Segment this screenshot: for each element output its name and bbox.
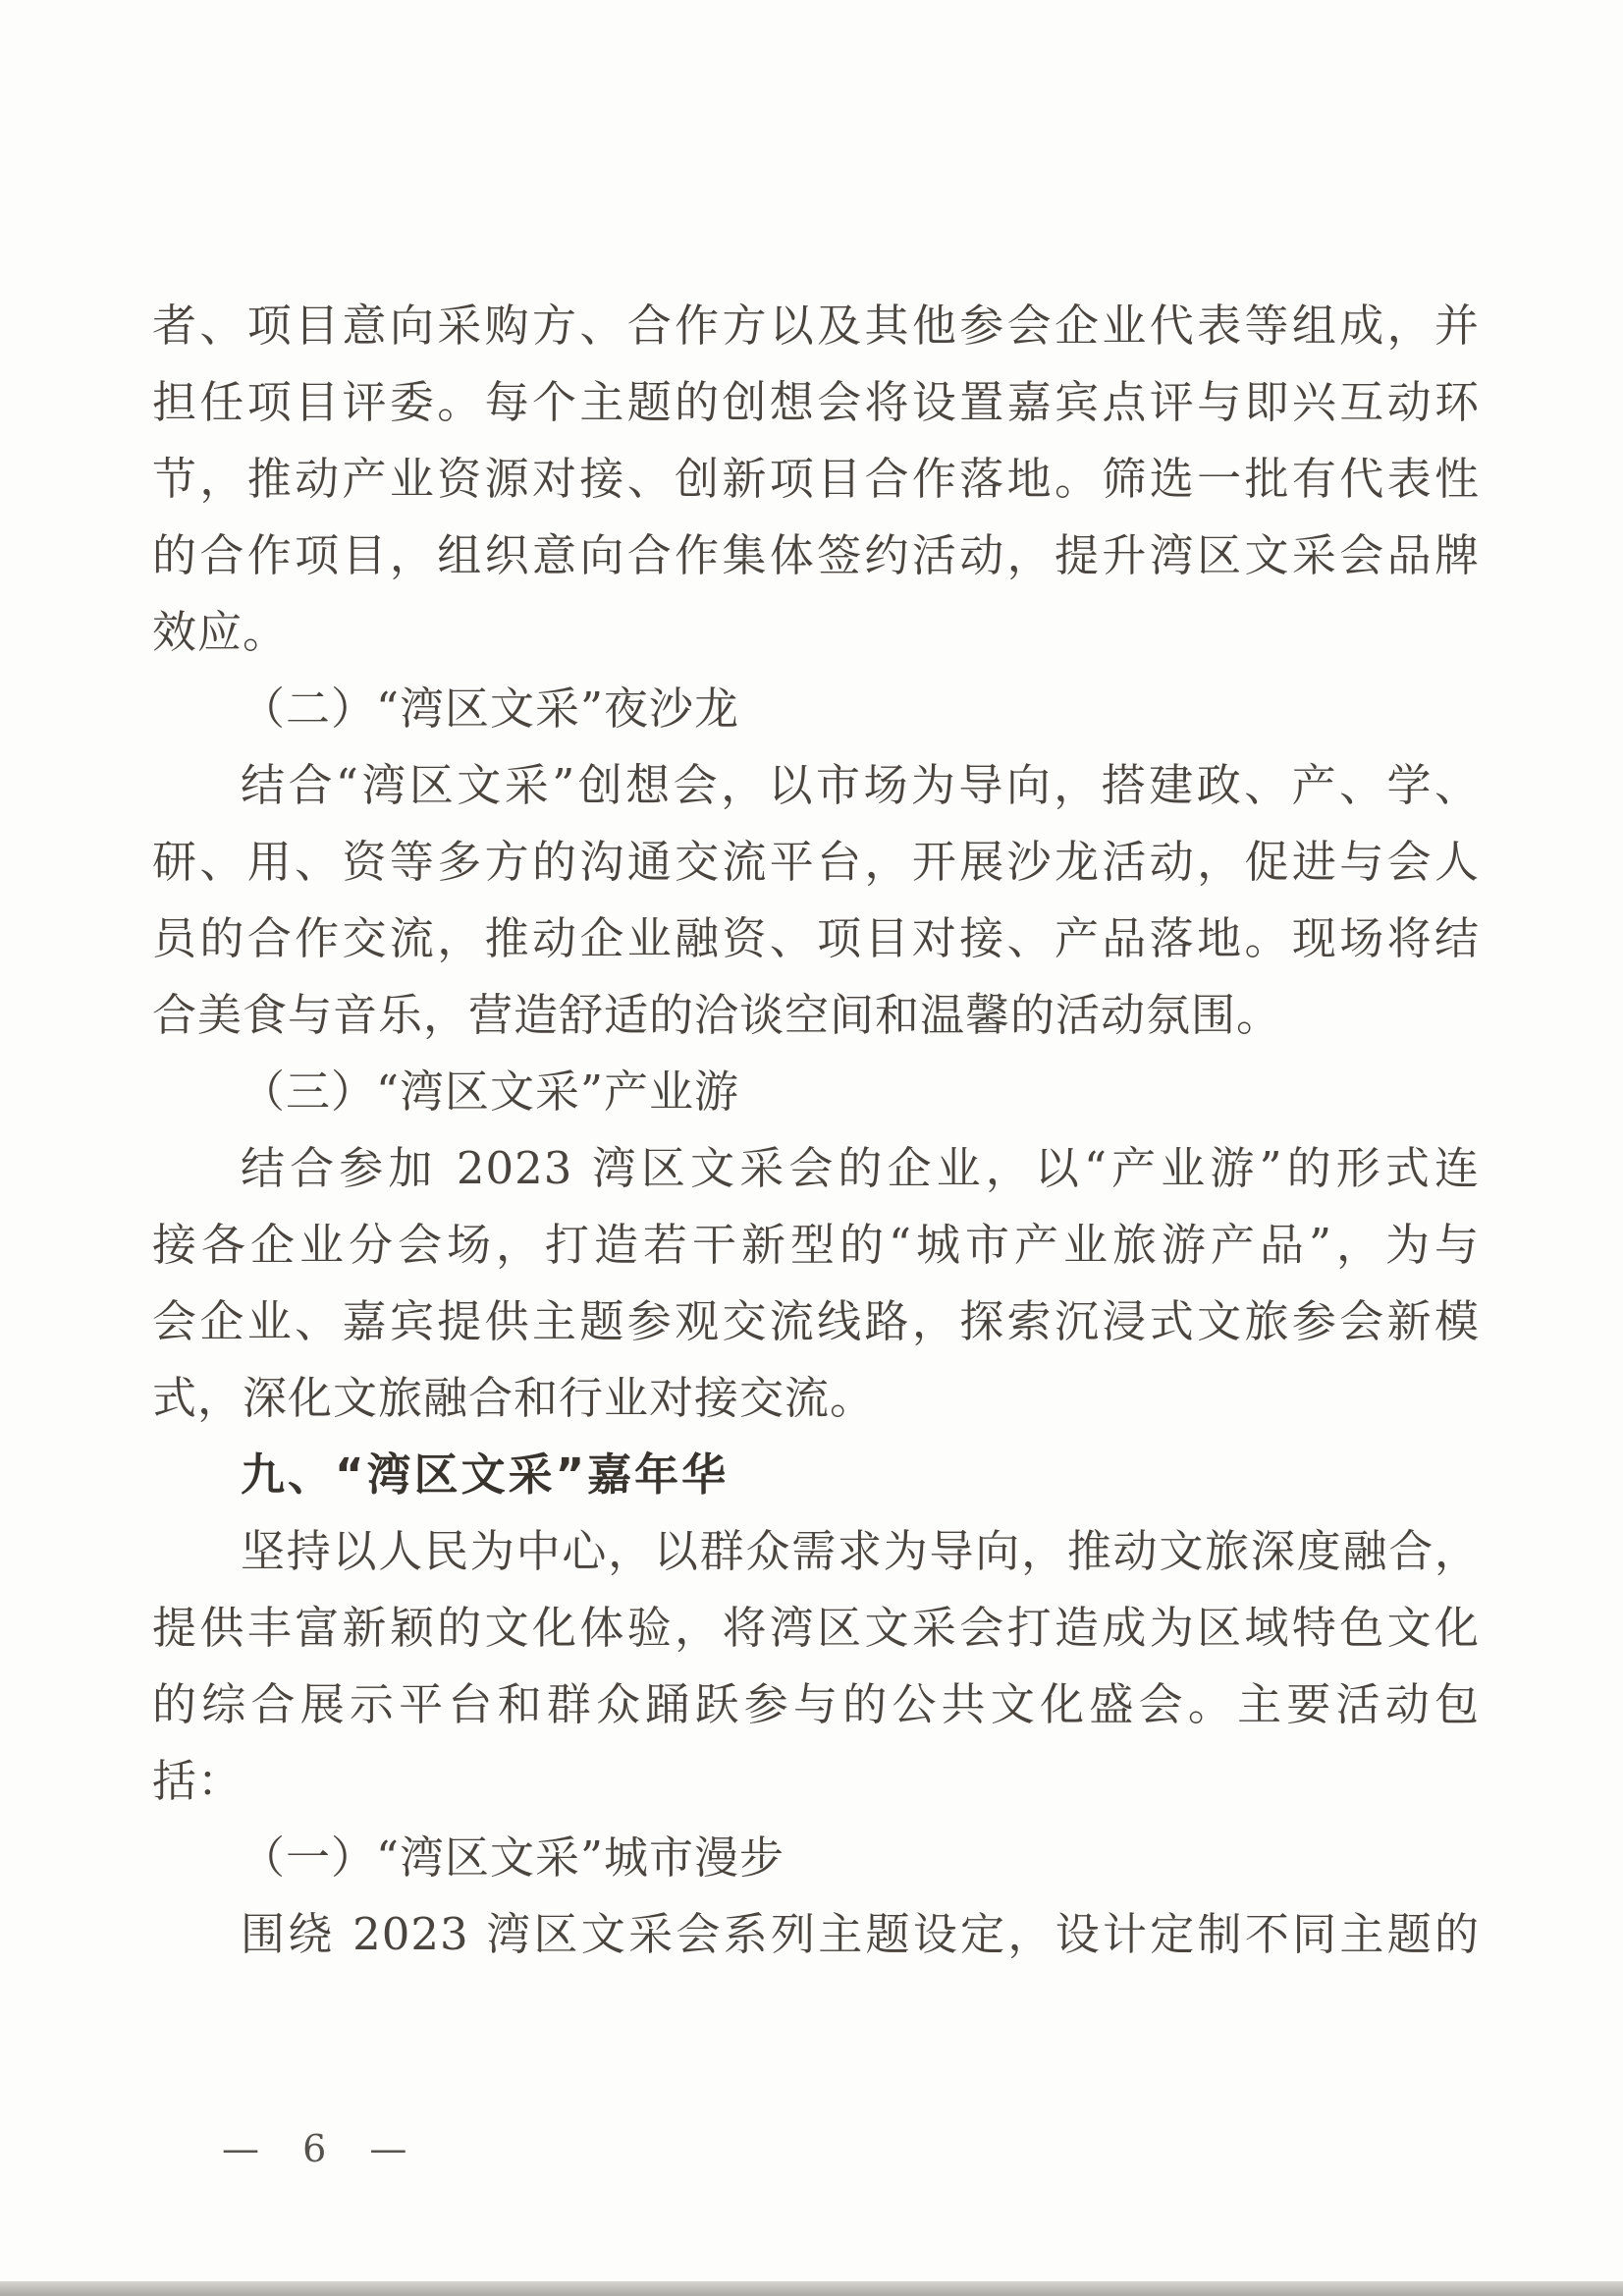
text-line: 结合“湾区文采”创想会，以市场为导向，搭建政、产、学、 <box>152 747 1480 824</box>
scan-edge-artifact <box>0 2281 1623 2296</box>
text-line: 坚持以人民为中心，以群众需求为导向，推动文旅深度融合， <box>152 1513 1480 1590</box>
text-line: 节，推动产业资源对接、创新项目合作落地。筛选一批有代表性 <box>152 441 1480 518</box>
section-heading-bold: 九、“湾区文采”嘉年华 <box>152 1437 1480 1513</box>
section-heading: （一）“湾区文采”城市漫步 <box>152 1820 1480 1896</box>
text-line: 效应。 <box>152 594 1480 671</box>
text-line: 的综合展示平台和群众踊跃参与的公共文化盛会。主要活动包 <box>152 1667 1480 1743</box>
text-line: 结合参加 2023 湾区文采会的企业，以“产业游”的形式连 <box>152 1130 1480 1207</box>
section-heading: （二）“湾区文采”夜沙龙 <box>152 671 1480 747</box>
text-line: 者、项目意向采购方、合作方以及其他参会企业代表等组成，并 <box>152 288 1480 364</box>
section-heading: （三）“湾区文采”产业游 <box>152 1054 1480 1130</box>
text-line: 提供丰富新颖的文化体验，将湾区文采会打造成为区域特色文化 <box>152 1590 1480 1667</box>
document-body: 者、项目意向采购方、合作方以及其他参会企业代表等组成，并 担任项目评委。每个主题… <box>152 288 1480 1973</box>
page-number: — 6 — <box>222 2127 422 2170</box>
text-line: 式，深化文旅融合和行业对接交流。 <box>152 1360 1480 1437</box>
text-line: 会企业、嘉宾提供主题参观交流线路，探索沉浸式文旅参会新模 <box>152 1284 1480 1360</box>
document-page: 者、项目意向采购方、合作方以及其他参会企业代表等组成，并 担任项目评委。每个主题… <box>0 0 1623 2296</box>
text-line: 研、用、资等多方的沟通交流平台，开展沙龙活动，促进与会人 <box>152 824 1480 901</box>
text-line: 合美食与音乐，营造舒适的洽谈空间和温馨的活动氛围。 <box>152 977 1480 1054</box>
text-line: 担任项目评委。每个主题的创想会将设置嘉宾点评与即兴互动环 <box>152 364 1480 441</box>
text-line: 括： <box>152 1743 1480 1820</box>
text-line: 围绕 2023 湾区文采会系列主题设定，设计定制不同主题的 <box>152 1896 1480 1973</box>
text-line: 员的合作交流，推动企业融资、项目对接、产品落地。现场将结 <box>152 901 1480 977</box>
text-line: 接各企业分会场，打造若干新型的“城市产业旅游产品”，为与 <box>152 1207 1480 1284</box>
text-line: 的合作项目，组织意向合作集体签约活动，提升湾区文采会品牌 <box>152 518 1480 594</box>
